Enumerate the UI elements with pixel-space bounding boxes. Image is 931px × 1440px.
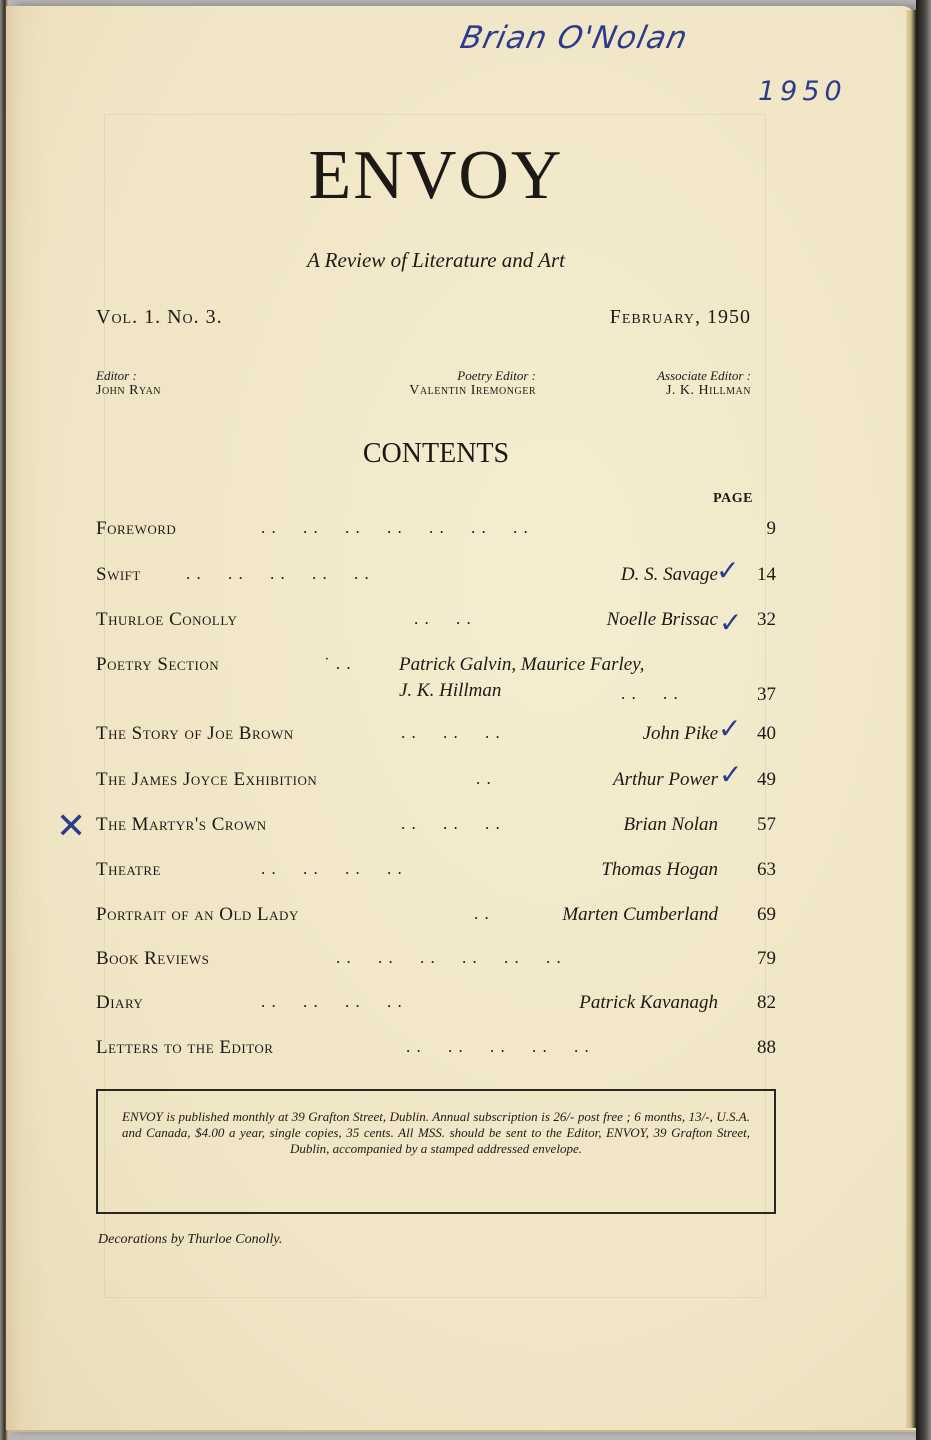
dot-leader: . . . . . . . . [261,859,403,879]
dot-leader: . . [474,904,490,924]
editor-label: Editor : [96,369,161,383]
poetry-editor-label: Poetry Editor : [346,369,536,383]
dot-leader: . . . . . . [401,723,501,743]
dot-leader: . . . . . . . . . . . . [336,948,562,968]
publication-notice-box: ENVOY is published monthly at 39 Grafton… [96,1089,776,1214]
toc-entry: Poetry Section ˙ . . Patrick Galvin, Mau… [96,654,776,714]
toc-author: Marten Cumberland [562,904,718,926]
associate-editor-label: Associate Editor : [657,369,751,383]
contents-heading: CONTENTS [6,438,866,470]
toc-title: The Martyr's Crown [96,814,267,836]
cover-edge [916,0,931,1440]
toc-entry: Swift . . . . . . . . . . D. S. Savage 1… [96,564,776,594]
toc-author: Brian Nolan [624,814,718,836]
decorations-credit: Decorations by Thurloe Conolly. [98,1232,282,1248]
toc-entry: The Martyr's Crown . . . . . . Brian Nol… [96,814,776,844]
toc-entry: Diary . . . . . . . . Patrick Kavanagh 8… [96,992,776,1022]
checkmark-icon: ✓ [719,758,742,791]
toc-entry: The James Joyce Exhibition . . Arthur Po… [96,769,776,799]
toc-author: Noelle Brissac [607,609,718,631]
toc-entry: The Story of Joe Brown . . . . . . John … [96,723,776,753]
toc-page: 9 [736,518,776,540]
magazine-title: ENVOY [6,136,866,216]
toc-page: 63 [736,859,776,881]
toc-entry: Thurloe Conolly . . . . Noelle Brissac 3… [96,609,776,639]
poetry-editor-name: Valentin Iremonger [346,383,536,399]
toc-title: Swift [96,564,141,586]
toc-title: Foreword [96,518,176,540]
dot-leader: . . . . [621,684,679,704]
issue-date: February, 1950 [610,306,751,329]
toc-title: The James Joyce Exhibition [96,769,317,791]
checkmark-icon: ✓ [716,554,739,587]
toc-title: Letters to the Editor [96,1037,273,1059]
dot-leader: . . . . . . . . . . [186,564,370,584]
toc-page: 37 [736,684,776,706]
toc-title: Diary [96,992,143,1014]
magazine-page: Brian O'Nolan 1950 ENVOY A Review of Lit… [6,6,916,1430]
handwritten-signature: Brian O'Nolan [457,20,691,56]
toc-page: 69 [736,904,776,926]
toc-entry: Book Reviews . . . . . . . . . . . . 79 [96,948,776,978]
toc-title: Theatre [96,859,161,881]
editor-block: Editor : John Ryan [96,369,161,399]
toc-author: John Pike [643,723,718,745]
dot-leader: . . . . . . . . [261,992,403,1012]
toc-entry: Letters to the Editor . . . . . . . . . … [96,1037,776,1067]
toc-author: Patrick Galvin, Maurice Farley, [399,654,644,676]
toc-page: 82 [736,992,776,1014]
toc-page: 57 [736,814,776,836]
page-edge [906,10,916,1428]
dot-leader: . . . . . . . . . . [406,1037,590,1057]
dot-leader: . . [476,769,492,789]
toc-page: 14 [736,564,776,586]
toc-page: 88 [736,1037,776,1059]
toc-entry: Theatre . . . . . . . . Thomas Hogan 63 [96,859,776,889]
toc-author-line2: J. K. Hillman [399,680,501,702]
editor-name: John Ryan [96,383,161,399]
associate-editor-block: Associate Editor : J. K. Hillman [657,369,751,399]
toc-title: Poetry Section [96,654,219,676]
magazine-subtitle: A Review of Literature and Art [6,248,866,273]
toc-author: Patrick Kavanagh [579,992,718,1014]
volume-number: Vol. 1. No. 3. [96,306,223,329]
dot-leader: ˙ . . [324,654,352,674]
toc-author: Arthur Power [613,769,718,791]
dot-leader: . . . . . . . . . . . . . . [261,518,529,538]
cross-mark-icon: ✕ [56,806,86,847]
toc-title: The Story of Joe Brown [96,723,294,745]
toc-title: Book Reviews [96,948,209,970]
toc-page: 79 [736,948,776,970]
publication-notice-text: ENVOY is published monthly at 39 Grafton… [122,1109,750,1157]
toc-page: 40 [736,723,776,745]
handwritten-year: 1950 [758,76,847,107]
page-column-header: PAGE [713,491,753,507]
toc-title: Portrait of an Old Lady [96,904,299,926]
toc-entry: Foreword . . . . . . . . . . . . . . 9 [96,518,776,548]
toc-author: D. S. Savage [621,564,718,586]
toc-title: Thurloe Conolly [96,609,237,631]
poetry-editor-block: Poetry Editor : Valentin Iremonger [346,369,536,399]
checkmark-icon: ✓ [718,712,741,745]
associate-editor-name: J. K. Hillman [657,383,751,399]
dot-leader: . . . . [414,609,472,629]
dot-leader: . . . . . . [401,814,501,834]
toc-entry: Portrait of an Old Lady . . Marten Cumbe… [96,904,776,934]
checkmark-icon: ✓ [719,606,742,639]
toc-author: Thomas Hogan [601,859,718,881]
